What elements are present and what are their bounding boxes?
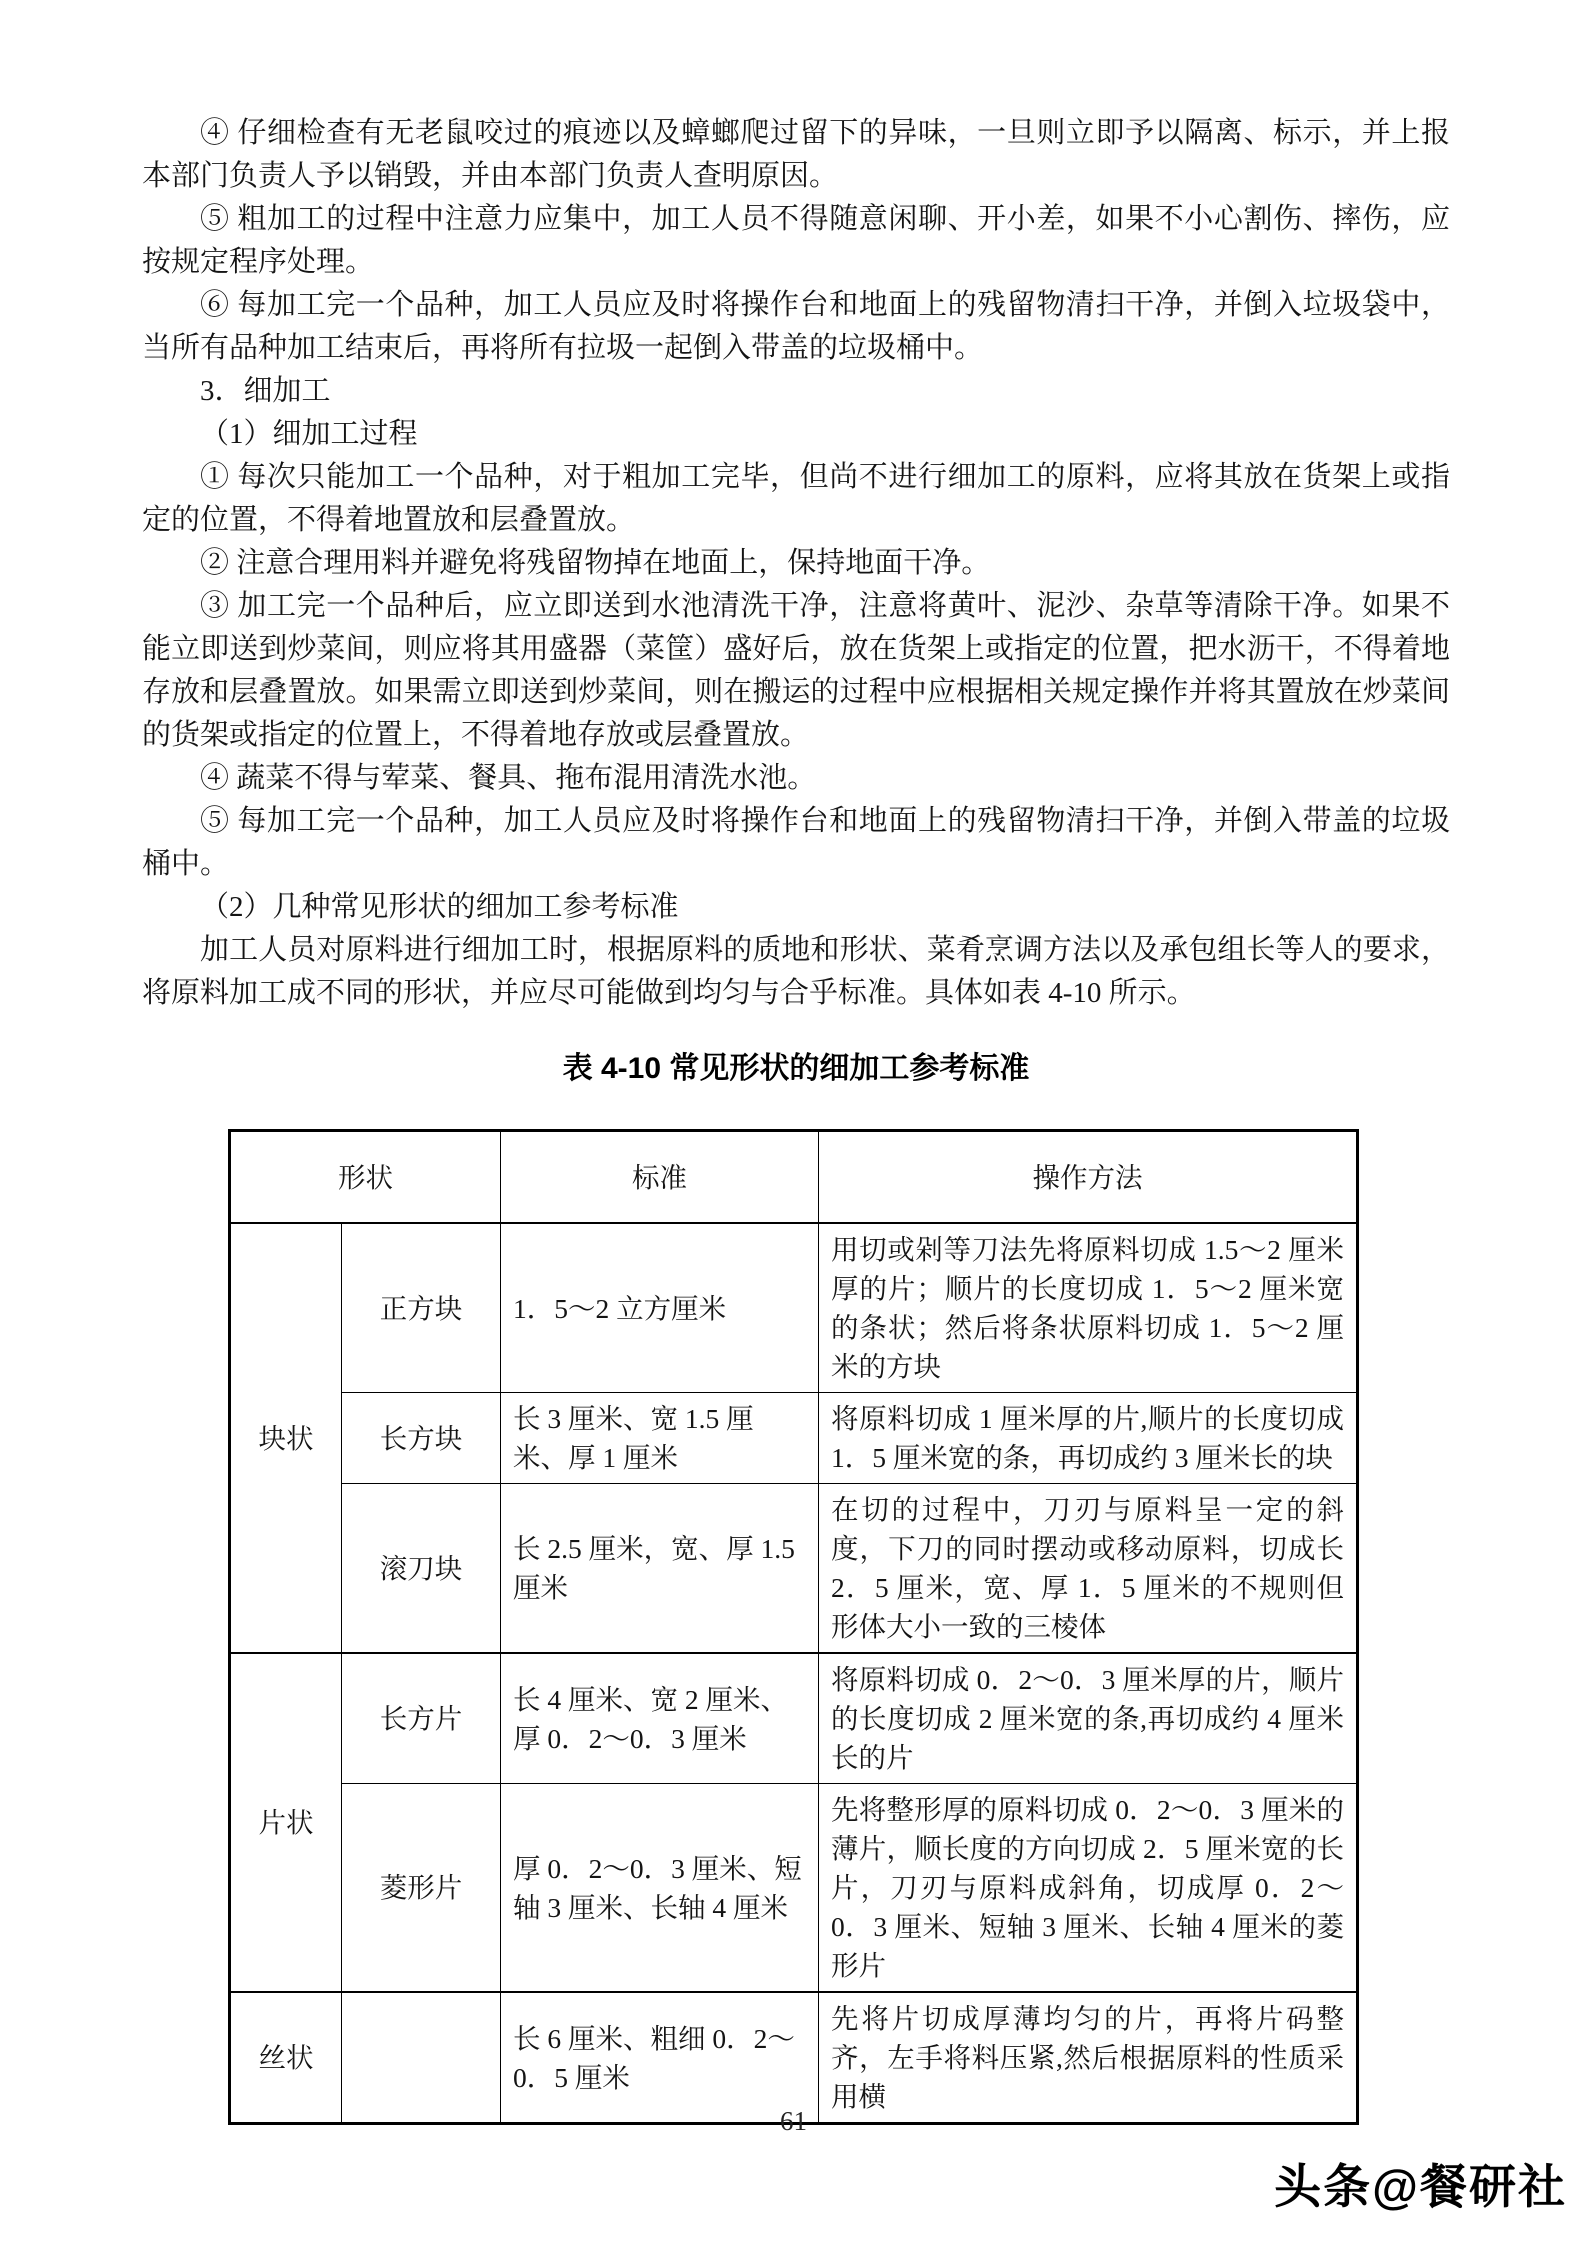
method-cell-rectangle-block: 将原料切成 1 厘米厚的片,顺片的长度切成 1．5 厘米宽的条，再切成约 3 厘… bbox=[819, 1393, 1358, 1484]
subsection-heading-process: （1）细加工过程 bbox=[142, 413, 1450, 456]
standard-cell-rectangle-block: 长 3 厘米、宽 1.5 厘米、厚 1 厘米 bbox=[501, 1393, 819, 1484]
table-row-cube: 块状 正方块 1．5～2 立方厘米 用切或剁等刀法先将原料切成 1.5～2 厘米… bbox=[230, 1223, 1358, 1393]
group-cell-shred: 丝状 bbox=[230, 1992, 342, 2124]
table-row-rectangle-block: 长方块 长 3 厘米、宽 1.5 厘米、厚 1 厘米 将原料切成 1 厘米厚的片… bbox=[230, 1393, 1358, 1484]
method-cell-shred: 先将片切成厚薄均匀的片，再将片码整齐，左手将料压紧,然后根据原料的性质采用横 bbox=[819, 1992, 1358, 2124]
paragraph-item-1: ① 每次只能加工一个品种，对于粗加工完毕，但尚不进行细加工的原料，应将其放在货架… bbox=[142, 456, 1450, 542]
standard-cell-roll-cut-block: 长 2.5 厘米，宽、厚 1.5 厘米 bbox=[501, 1484, 819, 1654]
column-header-standard: 标准 bbox=[501, 1131, 819, 1224]
paragraph-item-6: ⑥ 每加工完一个品种，加工人员应及时将操作台和地面上的残留物清扫干净，并倒入垃圾… bbox=[142, 284, 1450, 370]
shape-cell-roll-cut-block: 滚刀块 bbox=[342, 1484, 501, 1654]
paragraph-item-4: ④ 仔细检查有无老鼠咬过的痕迹以及蟑螂爬过留下的异味，一旦则立即予以隔离、标示，… bbox=[142, 112, 1450, 198]
method-cell-rectangle-slice: 将原料切成 0．2～0．3 厘米厚的片，顺片的长度切成 2 厘米宽的条,再切成约… bbox=[819, 1653, 1358, 1784]
standard-cell-rectangle-slice: 长 4 厘米、宽 2 厘米、厚 0．2～0．3 厘米 bbox=[501, 1653, 819, 1784]
paragraph-intro-table: 加工人员对原料进行细加工时，根据原料的质地和形状、菜肴烹调方法以及承包组长等人的… bbox=[142, 929, 1450, 1015]
column-header-method: 操作方法 bbox=[819, 1131, 1358, 1224]
shape-cell-rectangle-block: 长方块 bbox=[342, 1393, 501, 1484]
standard-cell-cube: 1．5～2 立方厘米 bbox=[501, 1223, 819, 1393]
shape-cell-cube: 正方块 bbox=[342, 1223, 501, 1393]
section-heading-fine-processing: 3．细加工 bbox=[142, 370, 1450, 413]
shape-cell-shred-empty bbox=[342, 1992, 501, 2124]
document-page: ④ 仔细检查有无老鼠咬过的痕迹以及蟑螂爬过留下的异味，一旦则立即予以隔离、标示，… bbox=[0, 0, 1587, 2245]
table-header-row: 形状 标准 操作方法 bbox=[230, 1131, 1358, 1224]
paragraph-item-4b: ④ 蔬菜不得与荤菜、餐具、拖布混用清洗水池。 bbox=[142, 757, 1450, 800]
group-cell-block: 块状 bbox=[230, 1223, 342, 1653]
standard-cell-diamond-slice: 厚 0．2～0．3 厘米、短轴 3 厘米、长轴 4 厘米 bbox=[501, 1784, 819, 1993]
group-cell-slice: 片状 bbox=[230, 1653, 342, 1992]
paragraph-item-3: ③ 加工完一个品种后，应立即送到水池清洗干净，注意将黄叶、泥沙、杂草等清除干净。… bbox=[142, 585, 1450, 757]
method-cell-roll-cut-block: 在切的过程中，刀刃与原料呈一定的斜度，下刀的同时摆动或移动原料，切成长 2．5 … bbox=[819, 1484, 1358, 1654]
paragraph-item-5b: ⑤ 每加工完一个品种，加工人员应及时将操作台和地面上的残留物清扫干净，并倒入带盖… bbox=[142, 800, 1450, 886]
page-number: 61 bbox=[0, 2106, 1587, 2137]
watermark: 头条@餐研社 bbox=[1274, 2150, 1567, 2217]
standard-cell-shred: 长 6 厘米、粗细 0．2～0．5 厘米 bbox=[501, 1992, 819, 2124]
processing-standards-table: 形状 标准 操作方法 块状 正方块 1．5～2 立方厘米 用切或剁等刀法先将原料… bbox=[228, 1129, 1359, 2125]
column-header-shape: 形状 bbox=[230, 1131, 501, 1224]
table-title: 表 4-10 常见形状的细加工参考标准 bbox=[142, 1049, 1450, 1089]
table-row-rectangle-slice: 片状 长方片 长 4 厘米、宽 2 厘米、厚 0．2～0．3 厘米 将原料切成 … bbox=[230, 1653, 1358, 1784]
paragraph-item-5: ⑤ 粗加工的过程中注意力应集中，加工人员不得随意闲聊、开小差，如果不小心割伤、摔… bbox=[142, 198, 1450, 284]
table-row-shred: 丝状 长 6 厘米、粗细 0．2～0．5 厘米 先将片切成厚薄均匀的片，再将片码… bbox=[230, 1992, 1358, 2124]
page-content: ④ 仔细检查有无老鼠咬过的痕迹以及蟑螂爬过留下的异味，一旦则立即予以隔离、标示，… bbox=[142, 112, 1450, 2125]
paragraph-item-2: ② 注意合理用料并避免将残留物掉在地面上，保持地面干净。 bbox=[142, 542, 1450, 585]
shape-cell-diamond-slice: 菱形片 bbox=[342, 1784, 501, 1993]
table-row-roll-cut-block: 滚刀块 长 2.5 厘米，宽、厚 1.5 厘米 在切的过程中，刀刃与原料呈一定的… bbox=[230, 1484, 1358, 1654]
subsection-heading-standards: （2）几种常见形状的细加工参考标准 bbox=[142, 886, 1450, 929]
table-row-diamond-slice: 菱形片 厚 0．2～0．3 厘米、短轴 3 厘米、长轴 4 厘米 先将整形厚的原… bbox=[230, 1784, 1358, 1993]
method-cell-diamond-slice: 先将整形厚的原料切成 0．2～0．3 厘米的薄片，顺长度的方向切成 2．5 厘米… bbox=[819, 1784, 1358, 1993]
method-cell-cube: 用切或剁等刀法先将原料切成 1.5～2 厘米厚的片；顺片的长度切成 1．5～2 … bbox=[819, 1223, 1358, 1393]
shape-cell-rectangle-slice: 长方片 bbox=[342, 1653, 501, 1784]
